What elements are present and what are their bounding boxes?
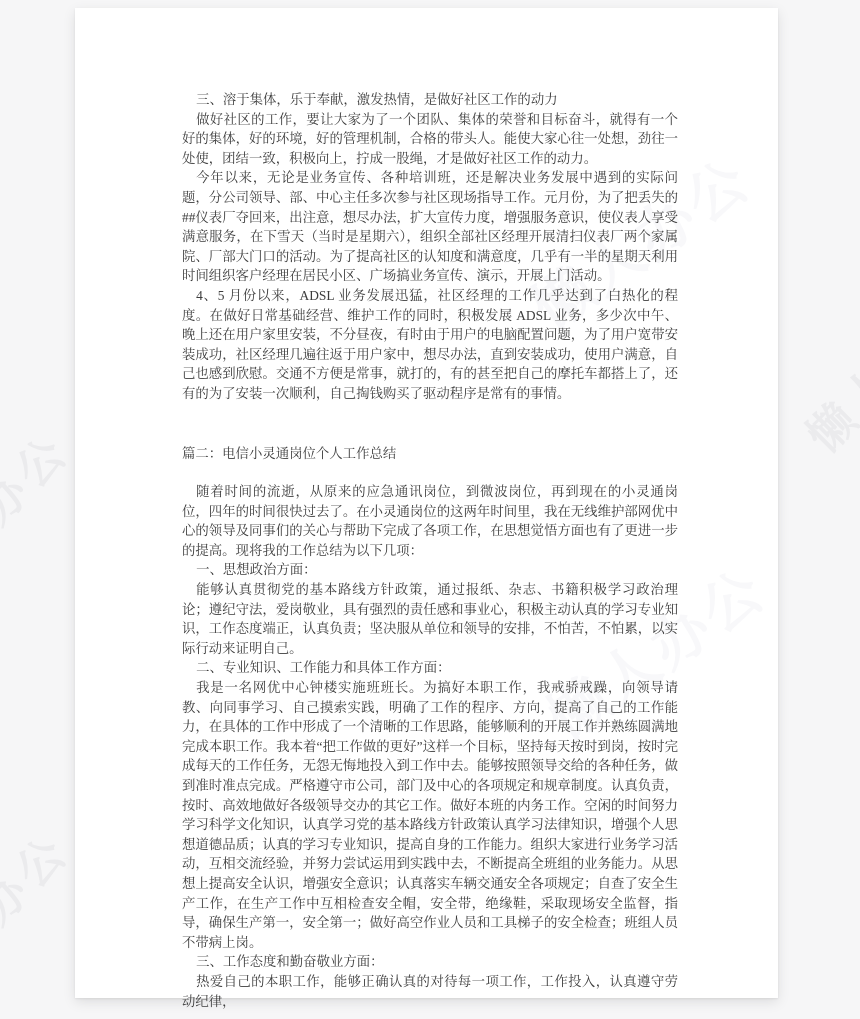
watermark-fragment: 懒人 xyxy=(790,345,860,465)
document-viewer: 懒人办公办公 懒人办公 懒人办公 三、溶于集体，乐于奉献，激发热情，是做好社区工… xyxy=(0,0,860,1019)
document-content: 三、溶于集体，乐于奉献，激发热情，是做好社区工作的动力做好社区的工作，要让大家为… xyxy=(75,8,778,1011)
section-heading: 篇二：电信小灵通岗位个人工作总结 xyxy=(182,444,678,464)
paragraph: 随着时间的流逝，从原来的应急通讯岗位，到微波岗位，再到现在的小灵通岗位，四年的时… xyxy=(182,482,678,560)
paragraph: 4、5 月份以来，ADSL 业务发展迅猛，社区经理的工作几乎达到了白热化的程度。… xyxy=(182,286,678,404)
sub-heading: 三、溶于集体，乐于奉献，激发热情，是做好社区工作的动力 xyxy=(182,90,678,110)
sub-heading: 二、专业知识、工作能力和具体工作方面： xyxy=(182,658,678,678)
paragraph: 今年以来，无论是业务宣传、各种培训班，还是解决业务发展中遇到的实际问题，分公司领… xyxy=(182,168,678,286)
paragraph: 做好社区的工作，要让大家为了一个团队、集体的荣誉和目标奋斗，就得有一个好的集体，… xyxy=(182,110,678,169)
paragraph: 热爱自己的本职工作，能够正确认真的对待每一项工作，工作投入，认真遵守劳动纪律， xyxy=(182,972,678,1011)
watermark-fragment: 办公 xyxy=(0,417,82,537)
paragraph: 我是一名网优中心钟楼实施班班长。为搞好本职工作，我戒骄戒躁，向领导请教、向同事学… xyxy=(182,678,678,952)
sub-heading: 一、思想政治方面： xyxy=(182,560,678,580)
watermark-fragment: 办公 xyxy=(0,817,82,937)
document-page: 懒人办公 懒人办公 三、溶于集体，乐于奉献，激发热情，是做好社区工作的动力做好社… xyxy=(75,8,778,998)
sub-heading: 三、工作态度和勤奋敬业方面： xyxy=(182,952,678,972)
paragraph: 能够认真贯彻党的基本路线方针政策，通过报纸、杂志、书籍积极学习政治理论；遵纪守法… xyxy=(182,580,678,658)
